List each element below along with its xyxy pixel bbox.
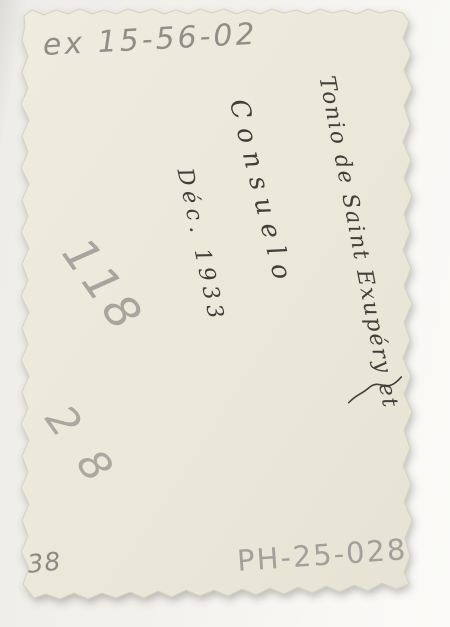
corner-page-number: 38 [26,546,63,578]
scan-background: ex 15-56-02 Tonio de Saint Exupéry et Co… [0,0,450,627]
